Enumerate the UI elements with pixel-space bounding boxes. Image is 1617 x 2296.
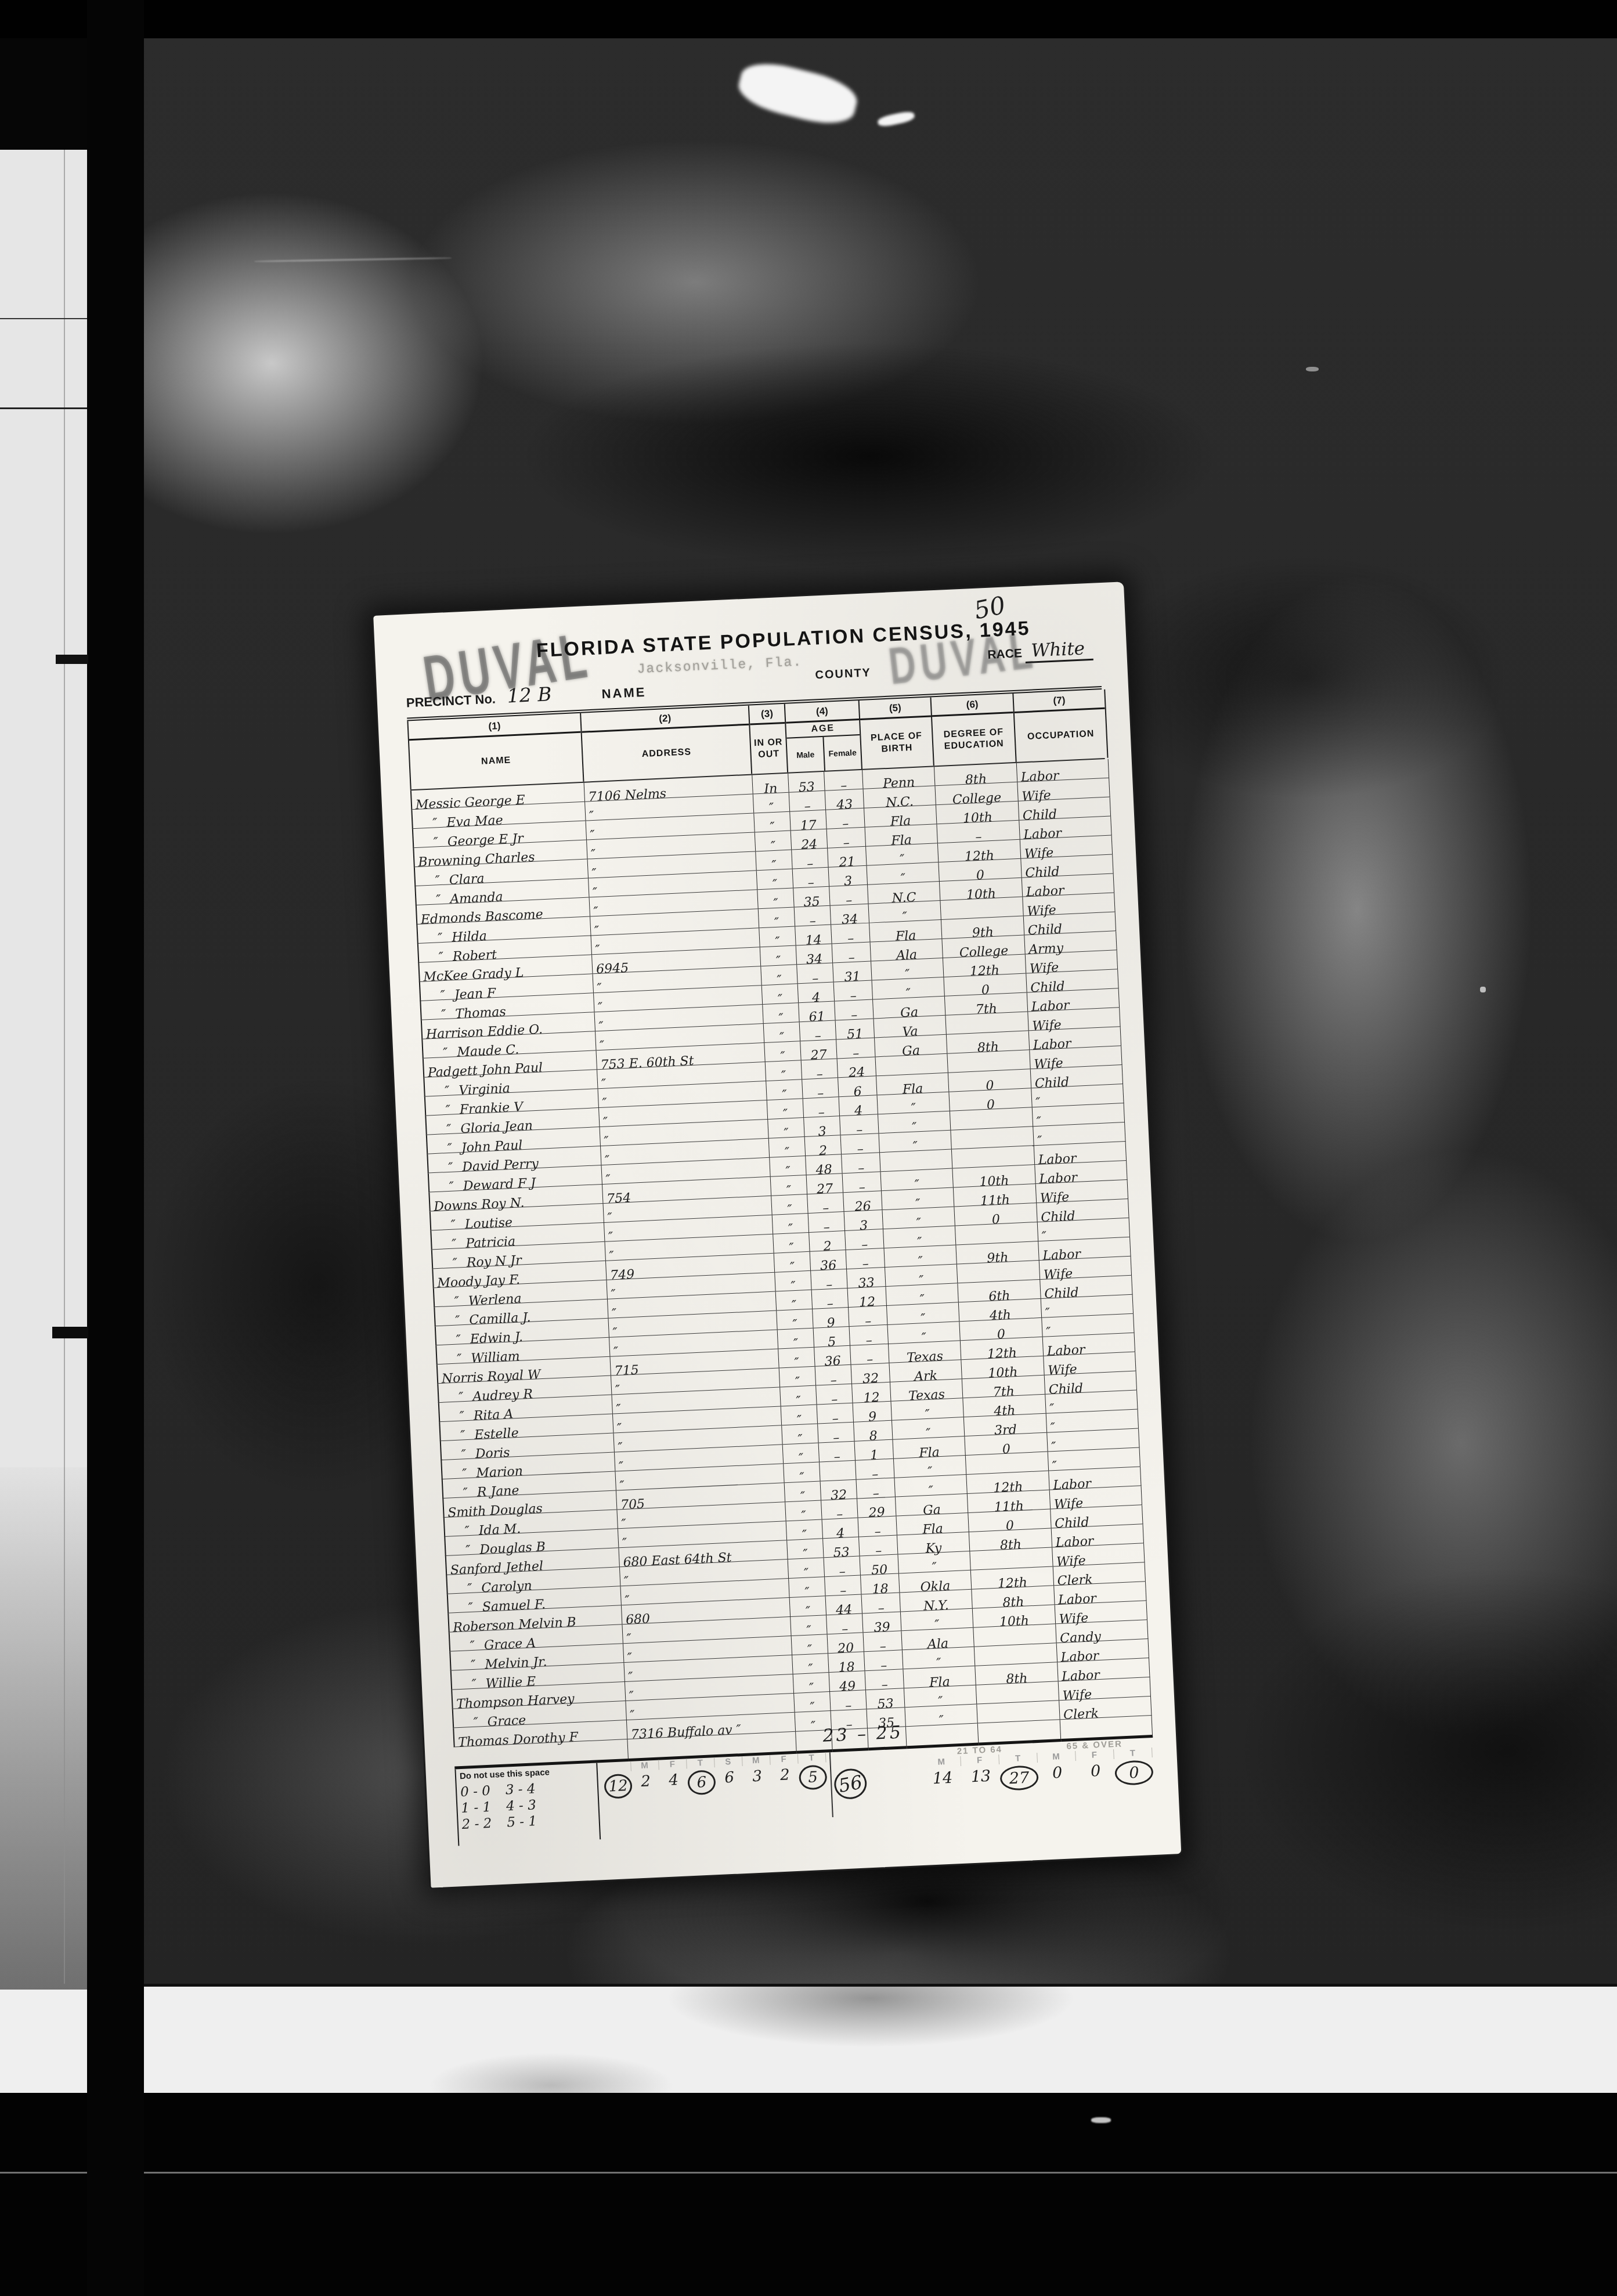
cell-value: ″	[788, 1223, 793, 1236]
cell-value: ″	[770, 821, 775, 834]
cell-value: 680	[626, 1613, 651, 1627]
cell-value: ″	[787, 1204, 792, 1216]
cell-value: 61	[808, 1010, 825, 1024]
adjacent-frame-strip-fade	[0, 1467, 87, 1990]
ditto-mark: ″	[444, 1429, 475, 1443]
film-scratch-mark	[0, 318, 87, 319]
column-header-occupation: (7) OCCUPATION	[1013, 689, 1108, 762]
ditto-mark: ″	[457, 1716, 488, 1730]
cell-value: ″	[619, 1461, 624, 1474]
cell-value: –	[874, 1526, 881, 1539]
cell-value: Labor	[1038, 1153, 1077, 1167]
cell-value: –	[848, 952, 855, 965]
cell-value: –	[880, 1660, 887, 1673]
ditto-mark: ″	[416, 817, 447, 831]
ditto-mark: ″	[439, 1334, 470, 1348]
person-name: Willie E	[485, 1676, 536, 1691]
cell-value: ″	[1052, 1460, 1057, 1473]
cell-value: ″	[777, 974, 782, 987]
cell-value: Wife	[1048, 1363, 1077, 1377]
cell-value: –	[823, 1221, 830, 1234]
cell-value: 12th	[997, 1576, 1027, 1590]
film-notch	[52, 1327, 88, 1338]
film-notch	[56, 655, 88, 664]
cell-value: Va	[902, 1026, 918, 1039]
cell-value: 0	[991, 1214, 1000, 1227]
ditto-mark: ″	[424, 989, 455, 1003]
cell-value: 8th	[999, 1539, 1022, 1553]
cell-value: ″	[791, 1280, 796, 1293]
cell-value: ″	[926, 1428, 931, 1441]
person-name: Edwin J.	[470, 1331, 523, 1346]
cell-value: –	[861, 1239, 868, 1251]
tally-value: 27	[999, 1765, 1039, 1791]
cell-value: –	[872, 1468, 879, 1481]
circled-total: 12	[604, 1774, 633, 1799]
cell-value: 14	[805, 934, 822, 947]
cell-value: 34	[842, 914, 858, 927]
cell-value: 29	[868, 1506, 885, 1519]
film-bottom-black-band	[0, 2093, 1617, 2296]
cell-value: –	[858, 1162, 865, 1175]
cell-value: ″	[919, 1275, 924, 1287]
ditto-mark: ″	[421, 932, 452, 945]
cell-value: 8th	[977, 1041, 999, 1055]
cell-value: ″	[591, 868, 597, 880]
person-name: Hilda	[452, 930, 487, 945]
tally-header-letter: T	[798, 1753, 826, 1764]
cell-value: ″	[921, 1332, 926, 1345]
cell-value: 9	[868, 1411, 877, 1424]
ditto-mark: ″	[423, 951, 453, 965]
cell-value: 10th	[963, 811, 993, 825]
cell-value: ″	[917, 1236, 922, 1249]
cell-value: Labor	[1060, 1650, 1099, 1665]
cell-value: ″	[595, 944, 600, 957]
cell-value: ″	[598, 1002, 603, 1015]
cell-value: ″	[629, 1690, 634, 1703]
cell-value: 3	[844, 875, 853, 889]
cell-value: –	[840, 779, 847, 792]
tally-under-20-box: MFTSMFT 122466325	[603, 1752, 833, 1828]
cell-value: 705	[620, 1498, 645, 1512]
cell-value: 10th	[988, 1366, 1018, 1380]
column-header-in-or-out: (3) IN OR OUT	[749, 704, 788, 774]
cell-value: ″	[778, 994, 783, 1006]
census-rows: Messic George E7106 NelmsIn53–Penn8thLab…	[410, 759, 1149, 1748]
cell-value: –	[836, 1508, 843, 1521]
cell-value: 27	[817, 1183, 833, 1196]
cell-value: Wife	[1043, 1268, 1073, 1281]
film-separator-band	[87, 0, 144, 2296]
tally-header-letter: T	[999, 1753, 1038, 1764]
cell-value: 4	[854, 1105, 863, 1118]
cell-value: 4	[812, 992, 821, 1005]
cell-value: Texas	[907, 1351, 944, 1365]
cell-value: ″	[628, 1671, 633, 1684]
cell-value: –	[833, 1432, 840, 1445]
cell-value: Candy	[1060, 1631, 1102, 1645]
cell-value: ″	[1049, 1403, 1055, 1416]
cell-value: 6945	[596, 962, 629, 977]
tally-header-letter: M	[742, 1755, 771, 1766]
cell-value: 10th	[966, 888, 997, 902]
tally-header-letter: M	[922, 1756, 961, 1768]
cell-f: –	[824, 770, 863, 791]
cell-value: 0	[997, 1328, 1005, 1342]
cell-m: 53	[788, 772, 825, 793]
ditto-mark: ″	[438, 1295, 468, 1309]
column-header-age: (4) AGE Male Female	[785, 701, 862, 772]
column-header-degree-of-education: (6) DEGREE OF EDUCATION	[931, 694, 1016, 766]
cell-value: 20	[838, 1642, 854, 1655]
person-name: R Jane	[477, 1485, 519, 1499]
cell-value: Ala	[927, 1638, 949, 1652]
cell-value: 9th	[972, 926, 994, 940]
cell-value: ″	[783, 1108, 788, 1121]
cell-value: ″	[806, 1605, 811, 1618]
do-not-use-box: Do not use this space 0 - 01 - 12 - 2 3 …	[454, 1763, 601, 1846]
cell-value: ″	[593, 887, 598, 900]
person-name: William	[471, 1351, 520, 1366]
cell-value: Fla	[902, 1083, 923, 1097]
cell-value: 53	[833, 1546, 850, 1559]
cell-value: ″	[609, 1250, 614, 1263]
cell-value: –	[858, 1181, 865, 1194]
cell-value: N.Y.	[923, 1600, 949, 1613]
cell-value: Wife	[1024, 847, 1053, 861]
cell-value: ″	[925, 1409, 930, 1421]
cell-value: ″	[1045, 1307, 1050, 1320]
page-totals: 23 – 25	[822, 1722, 904, 1746]
cell-value: ″	[769, 802, 774, 815]
cell-value: ″	[921, 1313, 926, 1326]
ditto-mark: ″	[451, 1582, 482, 1596]
cell-value: ″	[605, 1174, 611, 1186]
cell-value: Fla	[891, 834, 912, 848]
ditto-mark: ″	[420, 893, 450, 907]
tally-adult-box: 21 TO 6465 & OVER MFTMFT 141327000	[922, 1738, 1154, 1795]
cell-value: 2	[819, 1145, 828, 1158]
cell-value: 27	[810, 1049, 827, 1062]
ditto-mark: ″	[432, 1181, 463, 1194]
age-tally-pair: 4 - 3	[506, 1797, 537, 1814]
person-name: George E Jr	[447, 833, 524, 849]
cell-value: –	[847, 933, 854, 945]
cell-value: 12th	[970, 965, 1000, 979]
cell-value: ″	[597, 983, 602, 995]
cell-value: Ga	[900, 1006, 919, 1020]
cell-value: –	[878, 1602, 885, 1615]
cell-value: ″	[1046, 1326, 1051, 1339]
person-name: Grace	[487, 1714, 526, 1729]
cell-value: –	[804, 800, 811, 813]
ditto-mark: ″	[427, 1046, 457, 1060]
ditto-mark: ″	[453, 1640, 484, 1654]
cell-value: Child	[1025, 866, 1060, 880]
ditto-mark: ″	[442, 1391, 473, 1405]
cell-value: Labor	[1031, 999, 1070, 1014]
cell-value: Child	[1030, 980, 1065, 995]
cell-value: 754	[607, 1192, 631, 1206]
cell-value: ″	[928, 1485, 933, 1498]
cell-value: –	[807, 877, 814, 890]
cell-value: ″	[785, 1165, 791, 1178]
tally-header-letter: F	[1075, 1749, 1114, 1761]
cell-value: ″	[601, 1078, 607, 1091]
person-name: Jean F	[454, 987, 496, 1002]
cell-value: ″	[1037, 1135, 1042, 1148]
cell-value: Labor	[1046, 1344, 1085, 1359]
ditto-mark: ″	[430, 1123, 461, 1137]
cell-value: ″	[613, 1346, 619, 1359]
cell-value: 0	[1002, 1443, 1010, 1457]
cell-value: ″	[803, 1548, 808, 1561]
person-name: David Perry	[462, 1158, 539, 1174]
cell-value: Wife	[1053, 1497, 1083, 1511]
cell-value: 7th	[992, 1385, 1015, 1399]
cell-value: ″	[915, 1198, 921, 1211]
cell-value: Wife	[1034, 1057, 1063, 1071]
cell-value: College	[952, 792, 1001, 807]
cell-value: ″	[797, 1414, 802, 1427]
cell-value: ″	[918, 1255, 923, 1268]
cell-value: 33	[858, 1277, 875, 1290]
tally-header-letter: F	[961, 1755, 999, 1766]
person-name: Rita A	[473, 1408, 513, 1423]
cell-value: ″	[616, 1403, 621, 1416]
cell-value: ″	[604, 1135, 609, 1148]
cell-value: –	[842, 818, 849, 831]
cell-value: –	[856, 1124, 863, 1137]
cell-value: 12	[863, 1392, 880, 1405]
cell-value: Fla	[890, 815, 911, 829]
cell-value: 43	[836, 799, 853, 812]
cell-value: Labor	[1020, 770, 1059, 785]
cell-value: ″	[911, 1102, 916, 1115]
cell-value: ″	[796, 1395, 801, 1408]
cell-value: 4th	[989, 1309, 1011, 1323]
cell-value: ″	[607, 1212, 612, 1225]
cell-value: ″	[611, 1288, 616, 1301]
cell-value: 12th	[987, 1347, 1017, 1361]
person-name: Patricia	[465, 1236, 516, 1251]
cell-value: ″	[792, 1299, 797, 1312]
cell-value: ″	[624, 1576, 629, 1589]
cell-value: Labor	[1053, 1478, 1092, 1492]
cell-value: 11th	[994, 1500, 1024, 1514]
cell-value: –	[812, 973, 819, 985]
cell-value: Labor	[1058, 1593, 1097, 1607]
circled-total: 0	[1114, 1760, 1154, 1786]
cell-value: ″	[773, 879, 778, 891]
cell-value: –	[865, 1315, 872, 1328]
cell-value: Child	[1022, 808, 1057, 823]
cell-value: ″	[792, 1319, 797, 1331]
cell-value: ″	[1041, 1230, 1046, 1243]
person-name: Werlena	[468, 1293, 522, 1308]
cell-value: 3	[818, 1125, 826, 1139]
cell-value: ″	[617, 1423, 622, 1435]
tally-value: 3	[743, 1767, 772, 1793]
cell-value: ″	[589, 810, 594, 823]
ditto-mark: ″	[431, 1142, 461, 1156]
cell-value: ″	[779, 1031, 785, 1044]
cell-value: –	[843, 837, 850, 850]
tally-header-letter: T	[1114, 1748, 1153, 1759]
age-tally-pair: 0 - 0	[460, 1784, 491, 1800]
cell-value: 48	[815, 1164, 832, 1177]
cell-value: Fla	[922, 1523, 943, 1537]
tally-value: 2	[631, 1772, 660, 1798]
cell-value: Ga	[923, 1504, 941, 1517]
cell-value: ″	[1051, 1441, 1056, 1454]
tally-header-letter: F	[770, 1754, 799, 1765]
cell-value: –	[857, 1143, 864, 1156]
cell-value: 6th	[988, 1290, 1010, 1304]
cell-value: ″	[927, 1466, 933, 1479]
cell-value: 8th	[1006, 1673, 1028, 1687]
cell-value: –	[846, 894, 853, 907]
cell-value: Labor	[1033, 1038, 1071, 1052]
cell-value: 8th	[1002, 1596, 1024, 1610]
cell-value: Ark	[914, 1370, 938, 1384]
age-tally-pairs-col1: 0 - 01 - 12 - 2	[460, 1784, 492, 1832]
cell-value: 34	[806, 953, 823, 966]
cell-value: –	[839, 1566, 846, 1579]
ditto-mark: ″	[441, 1353, 471, 1367]
cell-value: –	[842, 1623, 849, 1636]
cell-value: ″	[906, 988, 911, 1001]
tally-value: 12	[604, 1774, 633, 1799]
cell-value: –	[865, 1334, 872, 1347]
cell-value: 12th	[965, 850, 995, 864]
cell-value: –	[879, 1641, 886, 1654]
cell-value: 715	[614, 1364, 639, 1378]
cell-value: –	[840, 1585, 847, 1598]
person-name: Estelle	[474, 1427, 519, 1442]
cell-value: –	[833, 1451, 840, 1464]
cell-value: ″	[615, 1384, 620, 1397]
person-name: Loutise	[464, 1216, 512, 1232]
person-name: Samuel F.	[482, 1598, 546, 1614]
cell-value: 51	[847, 1028, 864, 1041]
cell-value: ″	[799, 1472, 804, 1485]
cell-value: ″	[797, 1434, 803, 1446]
race-label: RACE	[987, 647, 1022, 662]
person-name: John Paul	[461, 1139, 522, 1155]
cell-value: ″	[619, 1480, 625, 1493]
cell-value: ″	[784, 1127, 789, 1140]
cell-value: Army	[1028, 943, 1064, 957]
age-tally-pair: 5 - 1	[507, 1814, 537, 1830]
cell-value: 0	[986, 1080, 994, 1093]
census-form-page: DUVAL DUVAL FLORIDA STATE POPULATION CEN…	[371, 580, 1183, 1890]
cell-value: ″	[934, 1619, 940, 1631]
ditto-mark: ″	[446, 1467, 477, 1481]
tally-value: 14	[923, 1768, 962, 1795]
ditto-mark: ″	[439, 1315, 470, 1328]
cell-value: ″	[794, 1357, 799, 1370]
cell-value: 3rd	[994, 1424, 1017, 1438]
cell-value: –	[822, 1202, 829, 1215]
cell-value: –	[872, 1488, 879, 1500]
cell-value: 10th	[979, 1175, 1009, 1189]
cell-value: 4	[836, 1528, 845, 1541]
cell-value: ″	[789, 1242, 794, 1255]
person-name: Marion	[476, 1465, 524, 1481]
cell-value: ″	[625, 1595, 630, 1608]
cell-value: Labor	[1023, 827, 1062, 842]
cell-value: ″	[900, 854, 905, 867]
cell-value: ″	[618, 1442, 623, 1454]
cell-value: –	[881, 1679, 888, 1692]
cell-value: 44	[836, 1604, 853, 1617]
cell-value: 8	[869, 1430, 878, 1443]
grand-total: 56	[833, 1768, 867, 1799]
cell-value: Wife	[1039, 1192, 1069, 1205]
cell-value: Clerk	[1057, 1573, 1093, 1588]
cell-value: Labor	[1042, 1248, 1081, 1263]
cell-value: –	[832, 1413, 839, 1425]
film-top-black-band	[0, 0, 1617, 38]
cell-value: 0	[987, 1099, 995, 1112]
cell-value: ″	[810, 1701, 815, 1714]
cell-value: ″	[627, 1652, 633, 1665]
page-number: 50	[972, 591, 1008, 625]
cell-value: 32	[831, 1489, 847, 1502]
cell-value: 31	[844, 970, 861, 984]
ditto-mark: ″	[435, 1238, 466, 1252]
cell-value: –	[845, 1699, 852, 1712]
cell-value: –	[831, 1394, 838, 1406]
film-blemish	[1091, 2117, 1111, 2123]
cell-value: Wife	[1022, 789, 1051, 803]
cell-value: 0	[976, 869, 985, 883]
tally-value: 0	[1038, 1763, 1077, 1789]
cell-value: ″	[809, 1682, 814, 1695]
cell-value: ″	[781, 1070, 786, 1082]
ditto-mark: ″	[454, 1659, 485, 1673]
tally-value: 6	[687, 1770, 716, 1795]
cell-value: ″	[594, 925, 600, 938]
do-not-use-label: Do not use this space	[460, 1767, 550, 1781]
person-name: Robert	[452, 949, 497, 963]
tally-header-letter: M	[631, 1760, 659, 1771]
cell-value: Wife	[1059, 1612, 1088, 1626]
microfilm-scan-stage: DUVAL DUVAL FLORIDA STATE POPULATION CEN…	[0, 0, 1617, 2296]
person-name: Camilla J.	[469, 1312, 531, 1327]
person-name: Roy N Jr	[466, 1254, 522, 1269]
cell-value: Wife	[1027, 904, 1056, 918]
ditto-mark: ″	[446, 1486, 477, 1500]
cell-value: College	[959, 945, 1008, 960]
circled-total: 27	[999, 1765, 1039, 1791]
cell-value: 17	[800, 820, 817, 833]
person-name: Grace A	[483, 1637, 536, 1652]
cell-value: –	[862, 1258, 869, 1270]
column-header-age-female: Female	[824, 735, 861, 771]
cell-value: Ky	[925, 1542, 941, 1555]
ditto-mark: ″	[419, 874, 450, 888]
tally-value: 13	[961, 1767, 1001, 1793]
cell-value: –	[875, 1545, 882, 1558]
ditto-mark: ″	[449, 1544, 480, 1558]
cell-value: ″	[593, 906, 598, 919]
cell-value: ″	[785, 1146, 790, 1159]
cell-value: ″	[782, 1089, 787, 1102]
ditto-mark: ″	[429, 1104, 460, 1118]
